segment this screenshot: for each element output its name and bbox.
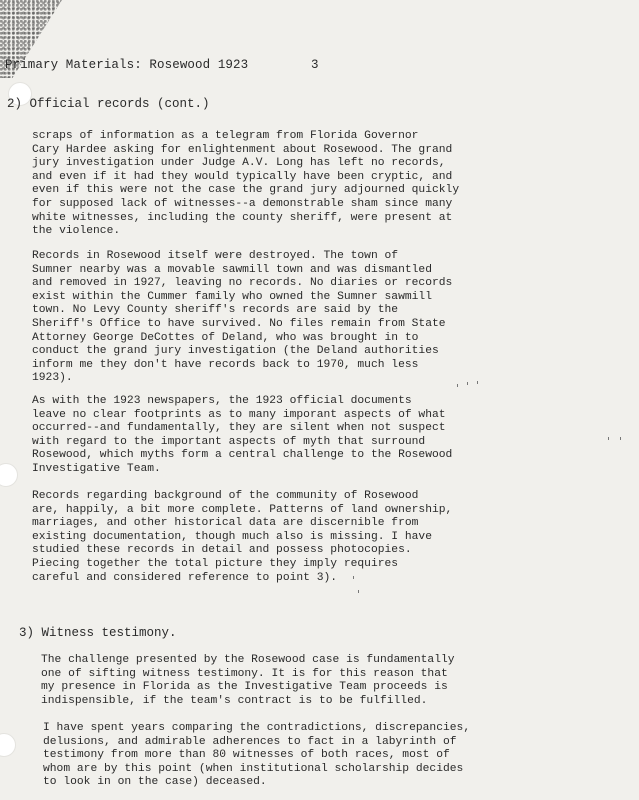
scan-speck <box>477 381 478 384</box>
paragraph: Records regarding background of the comm… <box>32 490 632 585</box>
running-header: Primary Materials: Rosewood 1923 <box>5 58 248 72</box>
paragraph: I have spent years comparing the contrad… <box>43 722 639 790</box>
paragraph: As with the 1923 newspapers, the 1923 of… <box>32 395 632 477</box>
scan-speck <box>353 576 354 579</box>
document-page: Primary Materials: Rosewood 1923 3 2) Of… <box>0 0 639 800</box>
scan-speck <box>608 437 609 440</box>
scan-speck <box>358 590 359 593</box>
scan-speck <box>467 382 468 385</box>
paragraph: Records in Rosewood itself were destroye… <box>32 250 632 386</box>
page-number: 3 <box>311 58 319 72</box>
scan-speck <box>457 384 458 387</box>
punch-hole <box>0 463 18 487</box>
scan-speck <box>620 437 621 440</box>
section-heading-witness-testimony: 3) Witness testimony. <box>19 626 177 640</box>
paragraph: The challenge presented by the Rosewood … <box>41 654 639 708</box>
paragraph: scraps of information as a telegram from… <box>32 130 632 239</box>
punch-hole <box>0 733 16 757</box>
section-heading-official-records: 2) Official records (cont.) <box>7 97 210 111</box>
